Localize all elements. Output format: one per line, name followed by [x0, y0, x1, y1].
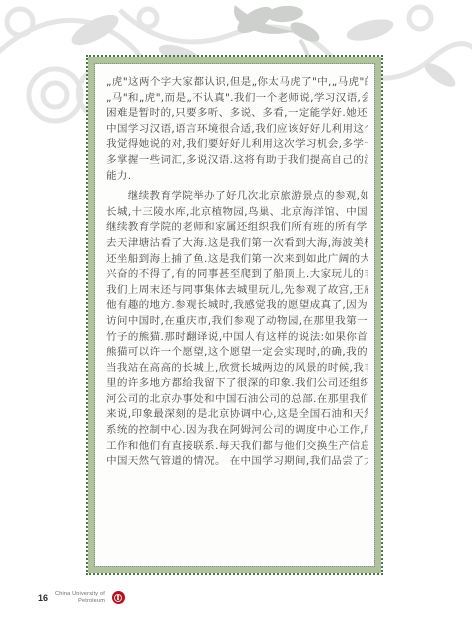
organization-name-line2: Petroleum: [55, 598, 105, 605]
handwriting-line: 我们上周末还与同事集体去城里玩儿,先参观了故宫,王府井大街及其: [106, 283, 368, 299]
organization-name: China University of Petroleum: [55, 591, 105, 604]
handwriting-line: 河公司的北京办事处和中国石油公司的总部.在那里我们熟悉了中: [106, 392, 368, 408]
handwriting-line: „虎"这两个字大家都认识,但是„你太马虎了"中,„马虎"的意思不是: [106, 75, 368, 91]
handwriting-line: 当我站在高高的长城上,欣赏长城两边的风景的时候,我非常兴奋.那: [106, 361, 368, 377]
essay-lines-container: „虎"这两个字大家都认识,但是„你太马虎了"中,„马虎"的意思不是„马"和„虎"…: [106, 75, 368, 470]
handwriting-line: 去天津塘沽看了大海.这是我们第一次看到大海,海波美极了.我们: [106, 236, 368, 252]
page-number: 16: [38, 593, 48, 603]
handwriting-line: 中国学习汉语,语言环境很合适,我们应该好好儿利用这个环境.: [106, 122, 368, 138]
handwriting-line: 里的许多地方都给我留下了很深的印象.我们公司还组织参观了阿姆: [106, 376, 368, 392]
handwriting-line: 他有趣的地方.参观长城时,我感觉我的愿望成真了,因为在第一次: [106, 298, 368, 314]
page-footer: 16 China University of Petroleum: [38, 591, 125, 604]
handwriting-line: 熊猫可以许一个愿望,这个愿望一定会实现时,的确,我的愿望实现了.: [106, 345, 368, 361]
handwriting-line: 能力.: [106, 169, 368, 185]
handwriting-line: „马"和„虎",而是„不认真".我们一个老师说,学习汉语,会有不少困难.: [106, 91, 368, 107]
university-logo-icon: [112, 591, 125, 604]
handwriting-line: 还坐船到海上捕了鱼.这是我们第一次来到如此广阔的大海上,大家都: [106, 252, 368, 268]
essay-text: „虎"这两个字大家都认识,但是„你太马虎了"中,„马虎"的意思不是„马"和„虎"…: [106, 75, 368, 560]
handwriting-line: 工作和他们有直接联系.每天我们都与他们交换生产信息和中亚—: [106, 439, 368, 455]
handwriting-line: 系统的控制中心.因为我在阿姆河公司的调度中心工作,所以我们的: [106, 423, 368, 439]
handwriting-line: 困难是暂时的,只要多听、多说、多看,一定能学好.她还说,我们在: [106, 106, 368, 122]
stitched-border-frame: „虎"这两个字大家都认识,但是„你太马虎了"中,„马虎"的意思不是„马"和„虎"…: [88, 57, 381, 573]
handwriting-line: 访问中国时,在重庆市,我们参观了动物园,在那里我第一次看到正在吃: [106, 314, 368, 330]
handwriting-line: 我觉得她说的对,我们要好好儿利用这次学习机会,多学一些汉字,: [106, 137, 368, 153]
handwriting-line: 兴奋的不得了,有的同事甚至爬到了船顶上.大家玩儿的非常高兴.此外,: [106, 267, 368, 283]
handwriting-line: 继续教育学院举办了好几次北京旅游景点的参观,如天安门,: [106, 189, 368, 205]
handwriting-line: 竹子的熊猫.那时翻译说,中国人有这样的说法:如果你首次看到大: [106, 330, 368, 346]
handwriting-line: 中国天然气管道的情况。 在中国学习期间,我们品尝了大量的中国菜: [106, 454, 368, 470]
handwriting-line: 来说,印象最深刻的是北京协调中心,这是全国石油和天然气运输: [106, 407, 368, 423]
organization-name-line1: China University of: [55, 591, 105, 598]
handwriting-line: 长城,十三陵水库,北京植物园,鸟巢、北京海洋馆、中国国家博物馆.: [106, 205, 368, 221]
handwriting-line: 多掌握一些词汇,多说汉语.这将有助于我们提高自己的汉语运用: [106, 153, 368, 169]
handwriting-line: 继续教育学院的老师和家属还组织我们所有班的所有学员一起: [106, 220, 368, 236]
